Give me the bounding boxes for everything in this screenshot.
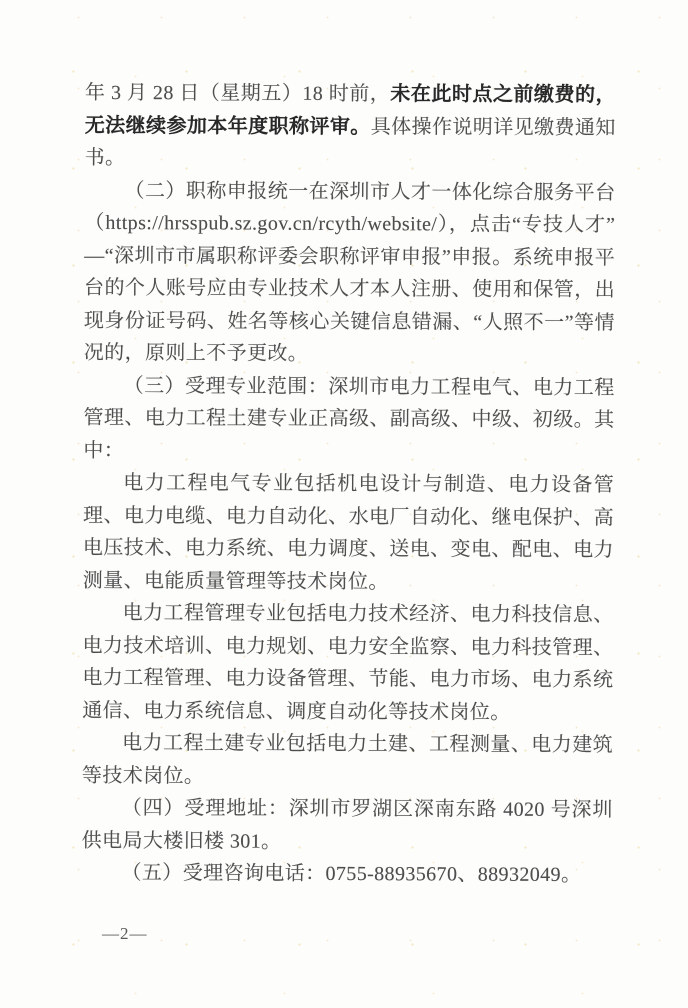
document-body: 年 3 月 28 日（星期五）18 时前，未在此时点之前缴费的，无法继续参加本年… (81, 77, 616, 892)
paragraph-accepted-major-scope: （三）受理专业范围：深圳市电力工程电气、电力工程管理、电力工程土建专业正高级、副… (83, 369, 614, 469)
paragraph-electrical-major-detail: 电力工程电气专业包括机电设计与制造、电力设备管理、电力电缆、电力自动化、水电厂自… (83, 467, 615, 599)
paragraph-management-major-detail: 电力工程管理专业包括电力技术经济、电力科技信息、电力技术培训、电力规划、电力安全… (82, 597, 614, 729)
paragraph-application-platform: （二）职称申报统一在深圳市人才一体化综合服务平台（https://hrsspub… (84, 174, 616, 371)
paragraph-civil-major-detail: 电力工程土建专业包括电力土建、工程测量、电力建筑等技术岗位。 (82, 727, 613, 794)
text-run: 年 3 月 28 日（星期五）18 时前， (85, 82, 390, 105)
paragraph-consultation-phone: （五）受理咨询电话：0755-88935670、88932049。 (81, 857, 612, 892)
page-number: —2— (102, 924, 148, 944)
paragraph-acceptance-address: （四）受理地址：深圳市罗湖区深南东路 4020 号深圳供电局大楼旧楼 301。 (82, 792, 613, 859)
paragraph-payment-deadline: 年 3 月 28 日（星期五）18 时前，未在此时点之前缴费的，无法继续参加本年… (85, 77, 616, 177)
